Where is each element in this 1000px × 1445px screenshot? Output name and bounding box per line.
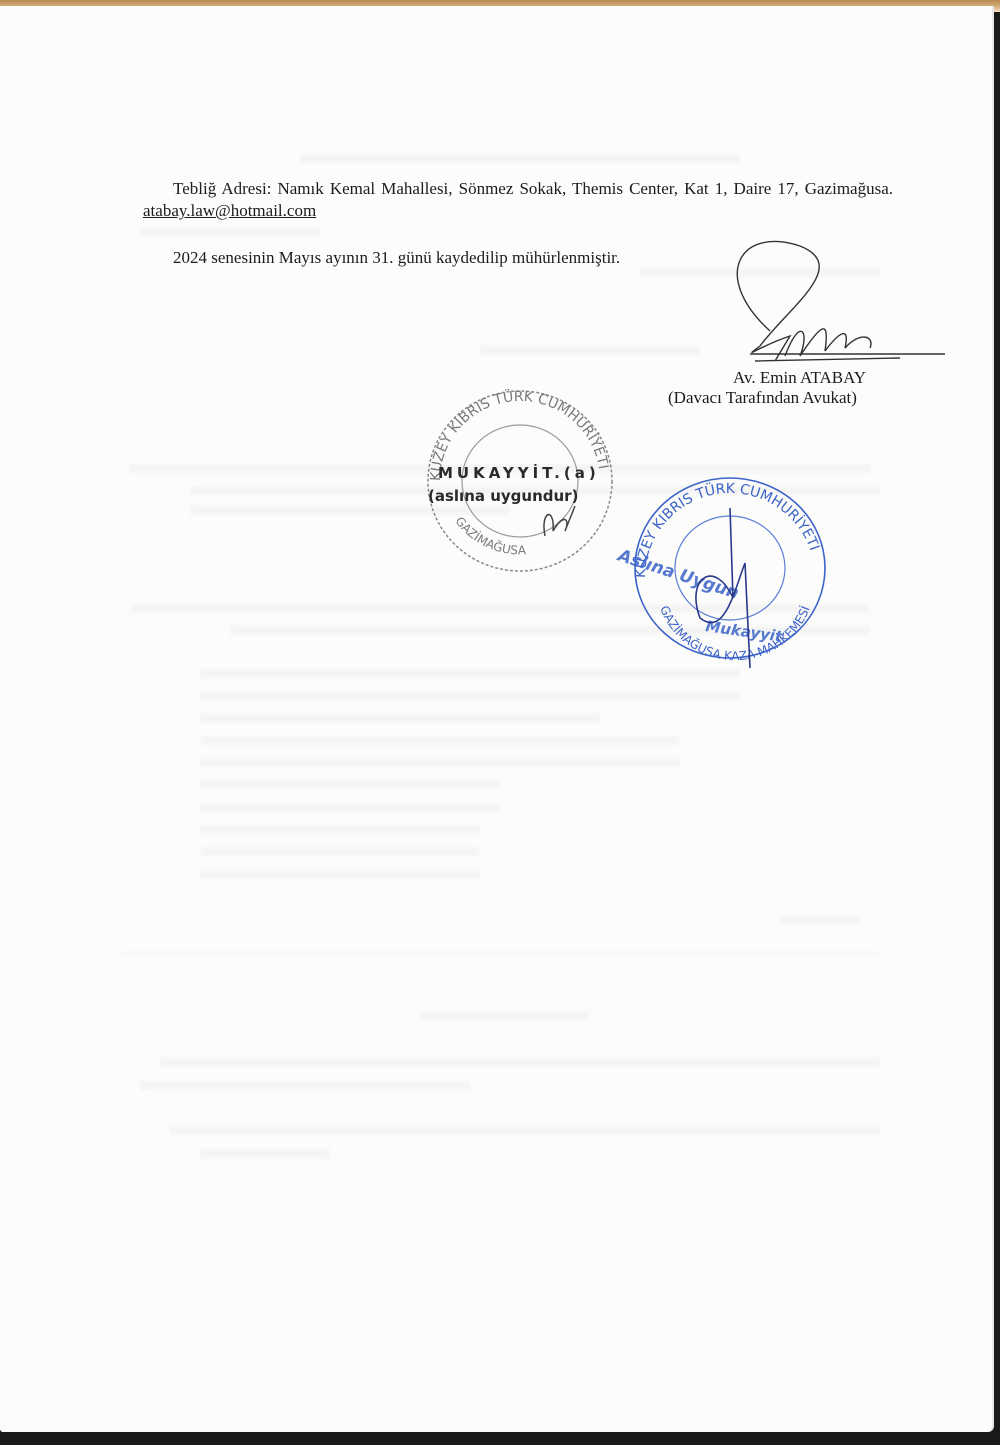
address-text: Tebliğ Adresi: Namık Kemal Mahallesi, Sö… [173,179,893,198]
show-through-line [170,1126,880,1135]
show-through-line [120,952,880,955]
service-address: Tebliğ Adresi: Namık Kemal Mahallesi, Sö… [143,178,893,222]
show-through-line [300,154,740,163]
signature-mark [700,236,950,386]
show-through-line [160,1058,880,1067]
show-through-line [140,1081,470,1090]
show-through-line [200,847,480,856]
show-through-line [200,736,680,745]
show-through-line [140,228,320,237]
show-through-line [200,714,600,723]
signatory-role: (Davacı Tarafından Avukat) [668,387,857,409]
signatory-name: Av. Emin ATABAY [733,367,866,389]
stamp-ring-text-bottom: GAZİMAĞUSA [452,514,526,557]
show-through-line [200,1149,330,1158]
show-through-line [200,803,500,812]
show-through-line [420,1011,590,1020]
court-stamp: KUZEY KIBRIS TÜRK CUMHURİYETİ GAZİMAĞUSA… [605,468,840,668]
show-through-line [200,825,480,834]
svg-text:GAZİMAĞUSA: GAZİMAĞUSA [452,514,526,557]
stamp-title: MUKAYYİT.(a) [438,464,600,482]
show-through-line [200,870,480,879]
stamp-subtitle: (aslına uygundur) [428,487,578,505]
show-through-line [200,669,740,678]
email-link[interactable]: atabay.law@hotmail.com [143,201,316,220]
show-through-line [200,692,740,701]
show-through-line [200,780,500,789]
document-page: Tebliğ Adresi: Namık Kemal Mahallesi, Sö… [0,6,992,1432]
show-through-line [200,758,680,767]
show-through-line [480,346,700,355]
show-through-line [780,916,860,925]
registration-statement: 2024 senesinin Mayıs ayının 31. günü kay… [173,247,620,269]
